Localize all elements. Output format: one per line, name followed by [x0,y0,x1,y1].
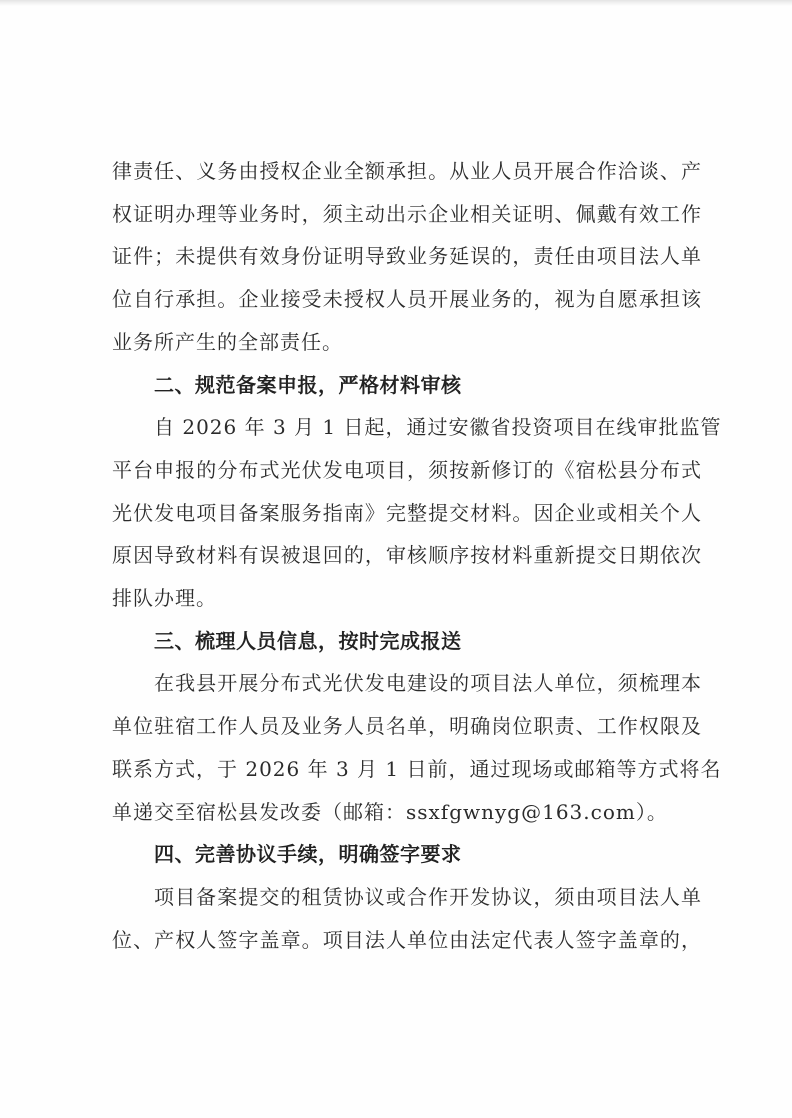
text-line-email: 单递交至宿松县发改委（邮箱：ssxfgwnyg@163.com）。 [112,791,702,834]
section-heading-4: 四、完善协议手续，明确签字要求 [112,833,702,876]
text-line: 原因导致材料有误被退回的，审核顺序按材料重新提交日期依次 [112,534,702,577]
text-line: 在我县开展分布式光伏发电建设的项目法人单位，须梳理本 [112,662,702,705]
text-line: 联系方式，于 2026 年 3 月 1 日前，通过现场或邮箱等方式将名 [112,748,702,791]
text-line: 光伏发电项目备案服务指南》完整提交材料。因企业或相关个人 [112,492,702,535]
paragraph-liability: 律责任、义务由授权企业全额承担。从业人员开展合作洽谈、产 权证明办理等业务时，须… [112,150,702,364]
text-line: 排队办理。 [112,577,702,620]
text-line: 平台申报的分布式光伏发电项目，须按新修订的《宿松县分布式 [112,449,702,492]
section-heading-3: 三、梳理人员信息，按时完成报送 [112,620,702,663]
text-line: 律责任、义务由授权企业全额承担。从业人员开展合作洽谈、产 [112,150,702,193]
text-line: 业务所产生的全部责任。 [112,321,702,364]
text-line: 项目备案提交的租赁协议或合作开发协议，须由项目法人单 [112,876,702,919]
text-line: 单位驻宿工作人员及业务人员名单，明确岗位职责、工作权限及 [112,705,702,748]
paragraph-personnel: 在我县开展分布式光伏发电建设的项目法人单位，须梳理本 单位驻宿工作人员及业务人员… [112,662,702,833]
scan-edge-shadow [0,0,792,6]
paragraph-filing: 自 2026 年 3 月 1 日起，通过安徽省投资项目在线审批监管 平台申报的分… [112,406,702,620]
text-line: 权证明办理等业务时，须主动出示企业相关证明、佩戴有效工作 [112,193,702,236]
text-line: 自 2026 年 3 月 1 日起，通过安徽省投资项目在线审批监管 [112,406,702,449]
document-page: 律责任、义务由授权企业全额承担。从业人员开展合作洽谈、产 权证明办理等业务时，须… [112,150,702,961]
section-heading-2: 二、规范备案申报，严格材料审核 [112,364,702,407]
text-line: 证件；未提供有效身份证明导致业务延误的，责任由项目法人单 [112,235,702,278]
text-line: 位自行承担。企业接受未授权人员开展业务的，视为自愿承担该 [112,278,702,321]
paragraph-agreement: 项目备案提交的租赁协议或合作开发协议，须由项目法人单 位、产权人签字盖章。项目法… [112,876,702,961]
text-line: 位、产权人签字盖章。项目法人单位由法定代表人签字盖章的， [112,919,702,962]
